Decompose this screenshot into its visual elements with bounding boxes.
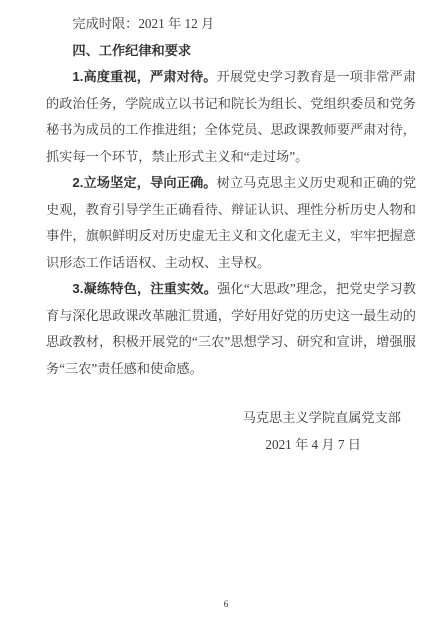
signature-block: 马克思主义学院直属党支部 2021 年 4 月 7 日 — [46, 405, 416, 458]
paragraph-3-lead: 3.凝练特色，注重实效。 — [72, 281, 217, 296]
paragraph-3: 3.凝练特色，注重实效。强化“大思政”理念，把党史学习教育与深化思政课改革融汇贯… — [46, 276, 416, 382]
deadline-line: 完成时限：2021 年 12 月 — [46, 11, 416, 38]
signature-line: 马克思主义学院直属党支部 — [46, 405, 416, 432]
paragraph-1-lead: 1.高度重视，严肃对待。 — [72, 69, 216, 84]
section-heading: 四、工作纪律和要求 — [46, 38, 416, 65]
paragraph-2: 2.立场坚定，导向正确。树立马克思主义历史观和正确的党史观，教育引导学生正确看待… — [46, 170, 416, 276]
paragraph-1: 1.高度重视，严肃对待。开展党史学习教育是一项非常严肃的政治任务，学院成立以书记… — [46, 64, 416, 170]
date-line: 2021 年 4 月 7 日 — [46, 432, 416, 459]
paragraph-2-lead: 2.立场坚定，导向正确。 — [72, 175, 216, 190]
page-number: 6 — [0, 598, 446, 610]
document-page: 完成时限：2021 年 12 月 四、工作纪律和要求 1.高度重视，严肃对待。开… — [0, 0, 446, 622]
document-content: 完成时限：2021 年 12 月 四、工作纪律和要求 1.高度重视，严肃对待。开… — [46, 11, 416, 458]
